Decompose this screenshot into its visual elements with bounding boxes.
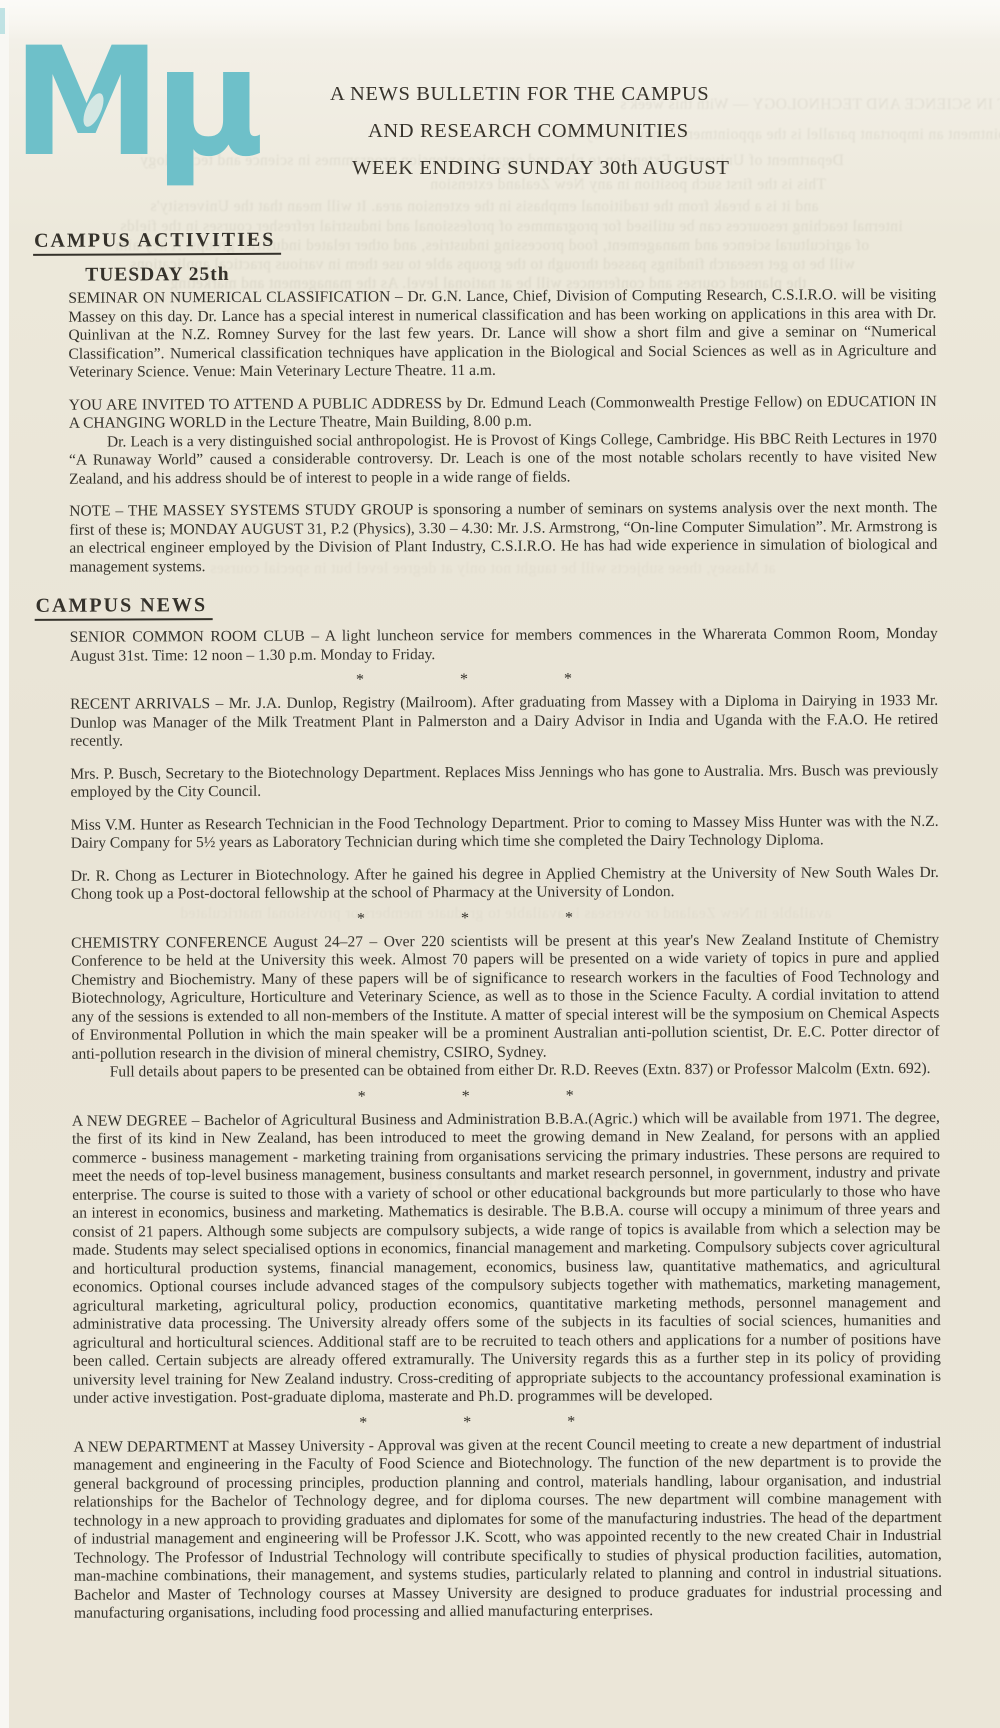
massey-mu-logo: Mμ <box>12 28 258 178</box>
para-mrs-busch: Mrs. P. Busch, Secretary to the Biotechn… <box>70 761 938 802</box>
masthead: A NEWS BULLETIN FOR THE CAMPUS AND RESEA… <box>330 76 730 187</box>
para-senior-common-room: SENIOR COMMON ROOM CLUB – A light lunche… <box>70 625 938 666</box>
masthead-line: WEEK ENDING SUNDAY 30th AUGUST <box>352 150 730 187</box>
para-recent-arrivals: RECENT ARRIVALS – Mr. J.A. Dunlop, Regis… <box>70 692 938 751</box>
asterisk: * <box>567 1415 575 1428</box>
asterisk: * <box>564 673 572 686</box>
asterisk-separator: * * * <box>255 911 675 926</box>
para-chemistry-conference-contacts: Full details about papers to be presente… <box>72 1060 940 1082</box>
asterisk: * <box>460 673 468 686</box>
asterisk-separator: * * * <box>256 1089 676 1104</box>
asterisk-separator: * * * <box>254 672 674 687</box>
para-miss-hunter: Miss V.M. Hunter as Research Technician … <box>71 812 939 853</box>
asterisk: * <box>358 1090 366 1103</box>
scan-artifact <box>0 8 5 34</box>
bleedthrough-text: and it is a break from the traditional e… <box>150 198 819 216</box>
para-systems-study-group: NOTE – THE MASSEY SYSTEMS STUDY GROUP is… <box>69 499 937 577</box>
day-heading-tuesday-25th: TUESDAY 25th <box>85 261 1000 287</box>
section-heading-campus-news: CAMPUS NEWS <box>35 594 214 621</box>
asterisk: * <box>566 1089 574 1102</box>
asterisk: * <box>357 912 365 925</box>
section-heading-campus-activities: CAMPUS ACTIVITIES <box>33 229 281 256</box>
para-seminar-numerical-classification: SEMINAR ON NUMERICAL CLASSIFICATION – Dr… <box>68 286 936 382</box>
asterisk: * <box>356 673 364 686</box>
para-leach-bio: Dr. Leach is a very distinguished social… <box>69 429 937 488</box>
asterisk: * <box>463 1415 471 1428</box>
asterisk-separator: * * * <box>257 1415 677 1430</box>
bulletin-body: CAMPUS ACTIVITIES TUESDAY 25th SEMINAR O… <box>0 226 1000 1624</box>
bulletin-page: FIRST FULL-TIME EXTENSION SPECIALIST IN … <box>0 0 1000 1728</box>
para-chemistry-conference: CHEMISTRY CONFERENCE August 24–27 – Over… <box>71 930 940 1063</box>
para-new-degree-bba: A NEW DEGREE – Bachelor of Agricultural … <box>72 1108 941 1408</box>
asterisk: * <box>359 1416 367 1429</box>
para-public-address-lead: YOU ARE INVITED TO ATTEND A PUBLIC ADDRE… <box>69 392 937 433</box>
masthead-line: AND RESEARCH COMMUNITIES <box>368 113 730 150</box>
masthead-line: A NEWS BULLETIN FOR THE CAMPUS <box>330 76 730 113</box>
para-new-department: A NEW DEPARTMENT at Massey University - … <box>73 1434 942 1623</box>
asterisk: * <box>461 911 469 924</box>
asterisk: * <box>462 1089 470 1102</box>
asterisk: * <box>565 911 573 924</box>
para-dr-chong: Dr. R. Chong as Lecturer in Biotechnolog… <box>71 863 939 904</box>
